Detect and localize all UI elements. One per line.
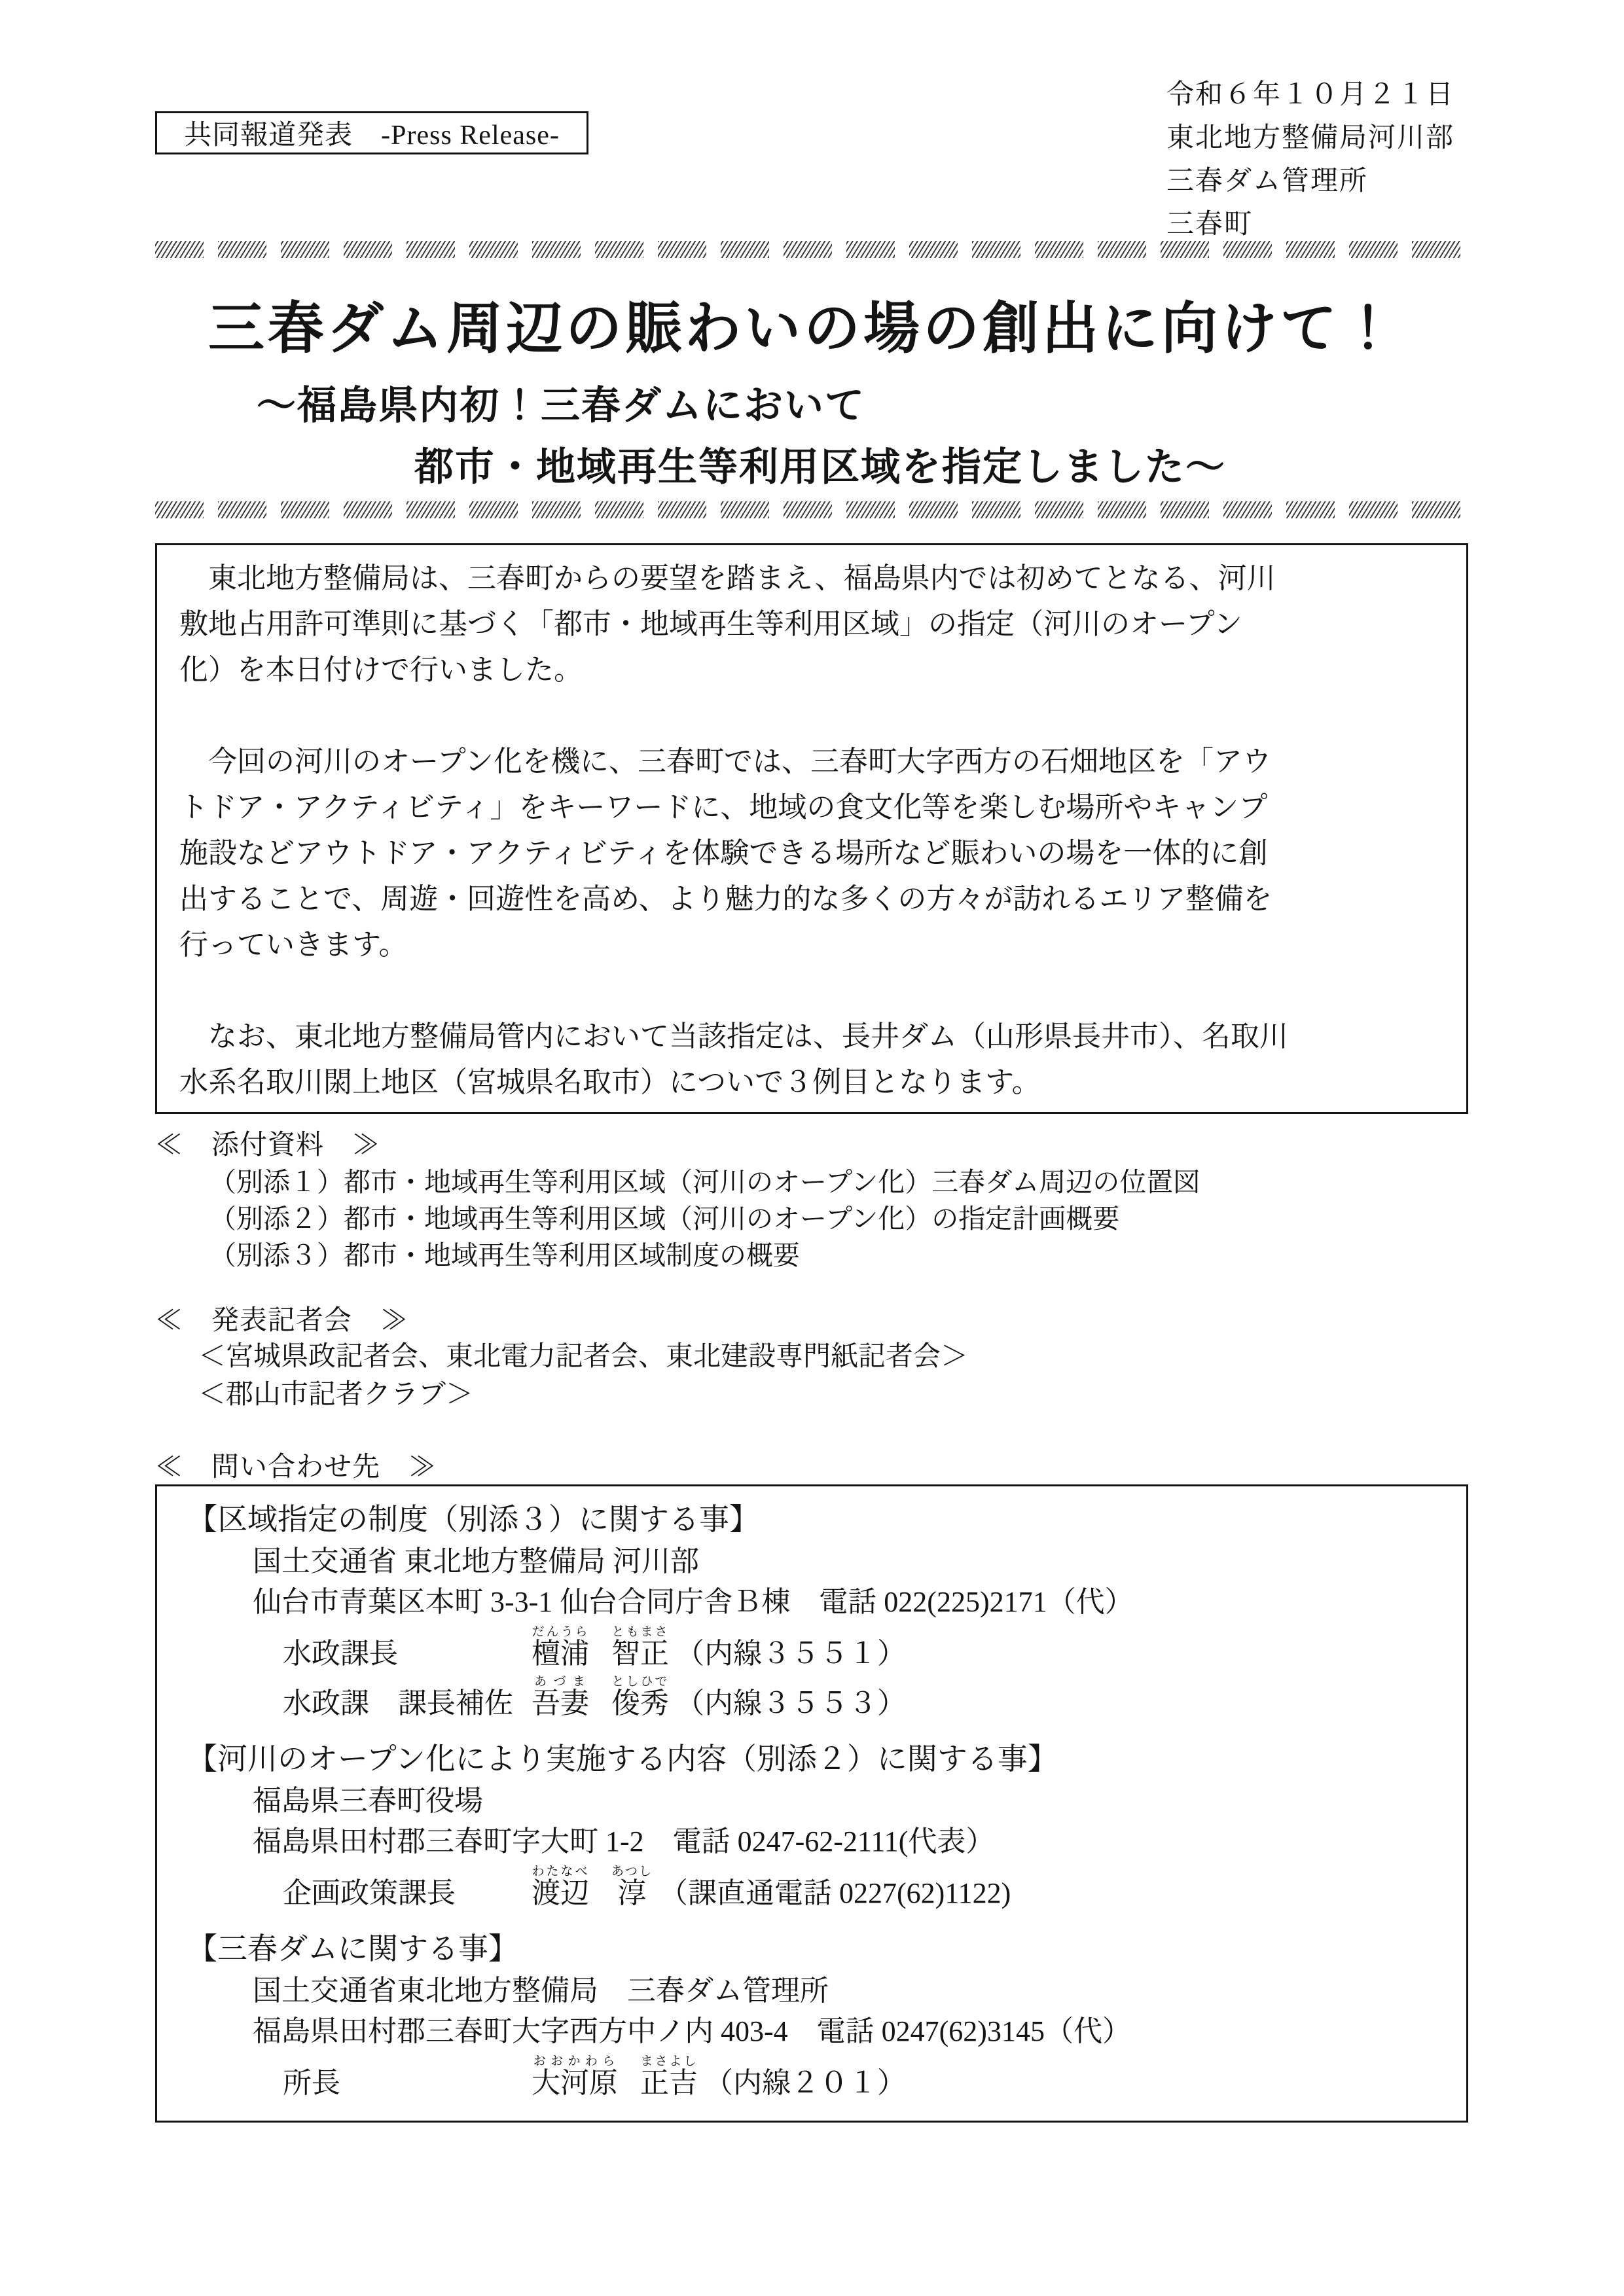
contact-person: 水政課 課長補佐 吾妻あづま 俊秀としひで （内線３５５３）	[283, 1675, 1436, 1722]
page-subtitle-line2: 都市・地域再生等利用区域を指定しました～	[414, 436, 1226, 492]
press-conference-list: ＜宮城県政記者会、東北電力記者会、東北建設専門紙記者会＞ ＜郡山市記者クラブ＞	[198, 1338, 968, 1414]
person-surname-text: 大河原	[532, 2067, 618, 2099]
person-given-ruby: あつし	[611, 1865, 653, 1878]
person-surname: 吾妻あづま	[532, 1675, 589, 1721]
press-release-label: 共同報道発表 -Press Release-	[184, 113, 560, 152]
contact-box: 【区域指定の制度（別添３）に関する事】 国土交通省 東北地方整備局 河川部 仙台…	[155, 1484, 1468, 2123]
contact-org-lines: 国土交通省 東北地方整備局 河川部 仙台市青葉区本町 3-3-1 仙台合同庁舎Ｂ…	[253, 1541, 1436, 1623]
contact-org-lines: 国土交通省東北地方整備局 三春ダム管理所 福島県田村郡三春町大字西方中ノ内 40…	[253, 1971, 1436, 2052]
person-surname-ruby: わたなべ	[532, 1865, 589, 1878]
person-role: 水政課長	[283, 1630, 532, 1672]
press-release-label-box: 共同報道発表 -Press Release-	[155, 111, 588, 154]
person-surname: 檀浦だんうら	[532, 1625, 589, 1672]
person-extension-note: （内線３５５３）	[676, 1679, 906, 1721]
contact-person: 企画政策課長 渡辺わたなべ 淳あつし （課直通電話 0227(62)1122)	[283, 1865, 1436, 1912]
person-given-text: 俊秀	[611, 1687, 669, 1719]
decorative-hatch-bar-bottom	[155, 501, 1468, 518]
press-conference-heading: ≪ 発表記者会 ≫	[155, 1299, 408, 1338]
contact-org-lines: 福島県三春町役場 福島県田村郡三春町字大町 1-2 電話 0247-62-211…	[253, 1781, 1436, 1862]
contact-section-miharu-dam: 【三春ダムに関する事】 国土交通省東北地方整備局 三春ダム管理所 福島県田村郡三…	[187, 1931, 1436, 2102]
person-given-ruby: ともまさ	[611, 1625, 669, 1639]
attachments-heading: ≪ 添付資料 ≫	[155, 1123, 380, 1162]
contact-section-zone-system: 【区域指定の制度（別添３）に関する事】 国土交通省 東北地方整備局 河川部 仙台…	[187, 1502, 1436, 1722]
press-release-page: 共同報道発表 -Press Release- 令和６年１０月２１日 東北地方整備…	[0, 0, 1624, 2296]
person-given-text: 智正	[611, 1638, 669, 1670]
contact-section-open-river: 【河川のオープン化により実施する内容（別添２）に関する事】 福島県三春町役場 福…	[187, 1742, 1436, 1912]
inquiry-heading: ≪ 問い合わせ先 ≫	[155, 1445, 437, 1484]
person-given-text: 正吉	[640, 2067, 698, 2099]
person-surname-ruby: あづま	[532, 1675, 589, 1689]
person-extension-note: （課直通電話 0227(62)1122)	[659, 1869, 1011, 1911]
summary-box: 東北地方整備局は、三春町からの要望を踏まえ、福島県内では初めてとなる、河川 敷地…	[155, 543, 1468, 1114]
person-surname-text: 吾妻	[532, 1687, 589, 1719]
person-extension-note: （内線３５５１）	[676, 1630, 906, 1672]
decorative-hatch-bar-top	[155, 241, 1468, 258]
contact-section-heading: 【三春ダムに関する事】	[187, 1931, 1436, 1967]
person-role: 所長	[283, 2059, 532, 2101]
person-surname-text: 渡辺	[532, 1877, 589, 1909]
contact-person: 所長 大河原おおかわら 正吉まさよし （内線２０１）	[283, 2054, 1436, 2102]
summary-paragraph-1: 東北地方整備局は、三春町からの要望を踏まえ、福島県内では初めてとなる、河川 敷地…	[179, 556, 1444, 693]
person-surname-ruby: おおかわら	[532, 2054, 618, 2068]
attachments-list: （別添１）都市・地域再生等利用区域（河川のオープン化）三春ダム周辺の位置図 （別…	[209, 1164, 1200, 1274]
contact-person: 水政課長 檀浦だんうら 智正ともまさ （内線３５５１）	[283, 1625, 1436, 1672]
person-surname: 渡辺わたなべ	[532, 1865, 589, 1911]
person-surname: 大河原おおかわら	[532, 2054, 618, 2101]
person-given-ruby: としひで	[611, 1675, 669, 1689]
person-extension-note: （内線２０１）	[704, 2059, 906, 2101]
summary-paragraph-2: 今回の河川のオープン化を機に、三春町では、三春町大字西方の石畑地区を「アウ トド…	[179, 739, 1444, 968]
person-given-name: 俊秀としひで	[611, 1675, 669, 1721]
person-given-name: 智正ともまさ	[611, 1625, 669, 1672]
page-subtitle-line1: ～福島県内初！三春ダムにおいて	[257, 374, 865, 431]
person-given-text: 淳	[611, 1877, 653, 1909]
contact-section-heading: 【河川のオープン化により実施する内容（別添２）に関する事】	[187, 1742, 1436, 1777]
page-title: 三春ダム周辺の賑わいの場の創出に向けて！	[208, 283, 1399, 364]
contact-section-heading: 【区域指定の制度（別添３）に関する事】	[187, 1502, 1436, 1537]
issuer-block: 令和６年１０月２１日 東北地方整備局河川部 三春ダム管理所 三春町	[1166, 73, 1454, 246]
person-surname-text: 檀浦	[532, 1638, 589, 1670]
person-role: 企画政策課長	[283, 1869, 532, 1911]
summary-paragraph-3: なお、東北地方整備局管内において当該指定は、長井ダム（山形県長井市）、名取川 水…	[179, 1014, 1444, 1105]
person-surname-ruby: だんうら	[532, 1625, 589, 1639]
person-given-name: 正吉まさよし	[640, 2054, 698, 2101]
person-given-ruby: まさよし	[640, 2054, 698, 2068]
person-given-name: 淳あつし	[611, 1865, 653, 1911]
person-role: 水政課 課長補佐	[283, 1679, 532, 1721]
